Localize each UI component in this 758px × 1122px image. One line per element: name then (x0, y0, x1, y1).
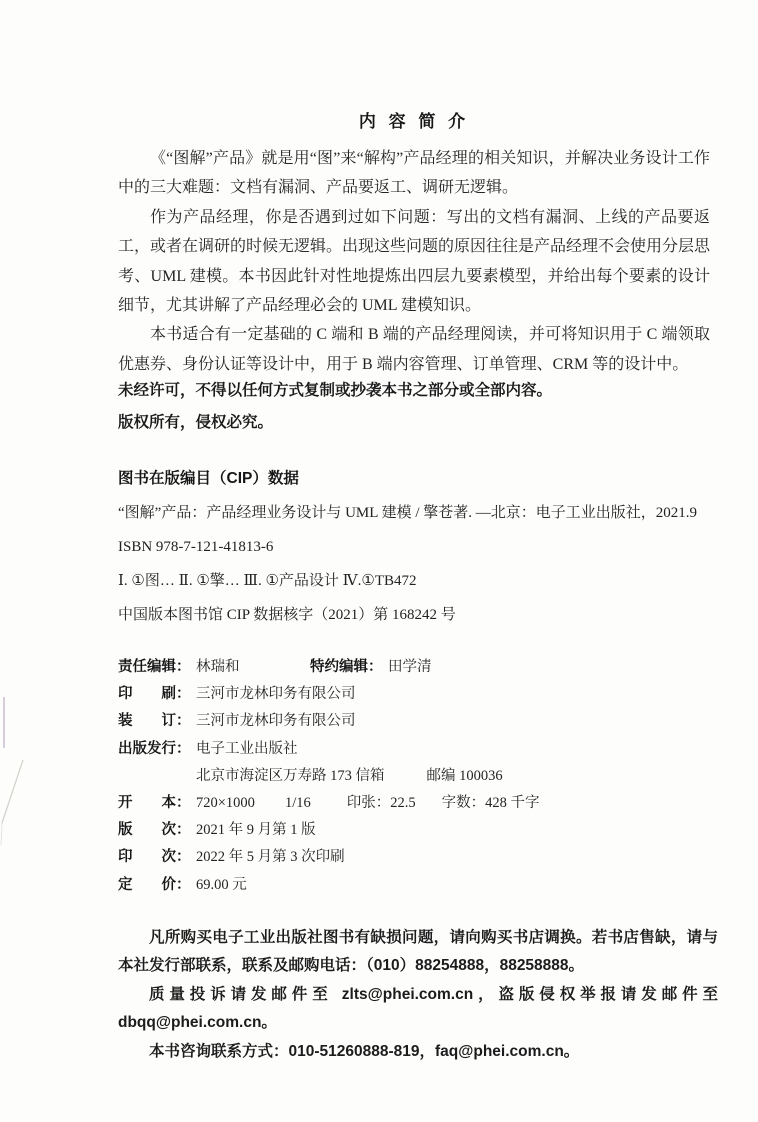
colophon-row-editors: 责任编辑：林瑞和特约编辑：田学清 (118, 654, 710, 681)
colophon-row-publisher: 出版发行：电子工业出版社 (118, 736, 710, 763)
cip-section: 图书在版编目（CIP）数据 “图解”产品：产品经理业务设计与 UML 建模 / … (118, 462, 728, 632)
value-special-editor: 田学清 (388, 659, 432, 675)
notice-line-1: 未经许可，不得以任何方式复制或抄袭本书之部分或全部内容。 (118, 375, 710, 407)
editor-pair: 责任编辑：林瑞和 (118, 654, 310, 681)
cip-classification-line: Ⅰ. ①图… Ⅱ. ①擎… Ⅲ. ①产品设计 Ⅳ.①TB472 (118, 564, 728, 598)
label-printing: 印 刷： (118, 681, 196, 708)
value-responsible-editor: 林瑞和 (196, 659, 240, 675)
colophon-section: 责任编辑：林瑞和特约编辑：田学清 印 刷：三河市龙林印务有限公司 装 订：三河市… (118, 654, 710, 899)
intro-title: 内 容 简 介 (118, 107, 710, 132)
value-address: 北京市海淀区万寿路 173 信箱 (196, 768, 385, 784)
colophon-row-address: 北京市海淀区万寿路 173 信箱邮编 100036 (118, 763, 710, 790)
label-publisher: 出版发行： (118, 736, 196, 763)
label-binding: 装 订： (118, 708, 196, 735)
intro-paragraph-3: 本书适合有一定基础的 C 端和 B 端的产品经理阅读，并可将知识用于 C 端领取… (118, 320, 710, 379)
label-special-editor: 特约编辑： (310, 654, 388, 681)
notice-line-2: 版权所有，侵权必究。 (118, 407, 710, 439)
service-paragraph-exchange: 凡所购买电子工业出版社图书有缺损问题，请向购买书店调换。若书店售缺，请与本社发行… (118, 924, 718, 981)
value-publisher: 电子工业出版社 (196, 741, 298, 757)
cip-isbn-line: ISBN 978-7-121-41813-6 (118, 530, 728, 564)
value-printing: 三河市龙林印务有限公司 (196, 686, 356, 702)
value-word-count: 字数：428 千字 (442, 795, 540, 811)
intro-paragraph-2: 作为产品经理，你是否遇到过如下问题：写出的文档有漏洞、上线的产品要返工，或者在调… (118, 203, 710, 321)
service-paragraph-complaints: 质量投诉请发邮件至 zlts@phei.com.cn，盗版侵权举报请发邮件至 d… (118, 981, 718, 1038)
service-paragraph-contact: 本书咨询联系方式：010-51260888-819，faq@phei.com.c… (118, 1038, 718, 1066)
value-impression: 2022 年 5 月第 3 次印刷 (196, 849, 345, 865)
colophon-row-impression: 印 次：2022 年 5 月第 3 次印刷 (118, 844, 710, 871)
cip-title-line: “图解”产品：产品经理业务设计与 UML 建模 / 擎苍著. —北京：电子工业出… (118, 496, 728, 530)
cip-record-line: 中国版本图书馆 CIP 数据核字（2021）第 168242 号 (118, 598, 728, 632)
colophon-row-binding: 装 订：三河市龙林印务有限公司 (118, 708, 710, 735)
colophon-row-price: 定 价：69.00 元 (118, 872, 710, 899)
colophon-row-edition: 版 次：2021 年 9 月第 1 版 (118, 817, 710, 844)
label-edition: 版 次： (118, 817, 196, 844)
book-copyright-page: 内 容 简 介 《“图解”产品》就是用“图”来“解构”产品经理的相关知识，并解决… (0, 0, 758, 1122)
intro-paragraph-1: 《“图解”产品》就是用“图”来“解构”产品经理的相关知识，并解决业务设计工作中的… (118, 144, 710, 203)
label-impression: 印 次： (118, 844, 196, 871)
label-price: 定 价： (118, 872, 196, 899)
value-edition: 2021 年 9 月第 1 版 (196, 822, 316, 838)
value-price: 69.00 元 (196, 877, 247, 893)
colophon-row-printing: 印 刷：三河市龙林印务有限公司 (118, 681, 710, 708)
service-info-section: 凡所购买电子工业出版社图书有缺损问题，请向购买书店调换。若书店售缺，请与本社发行… (118, 924, 718, 1066)
value-print-sheets: 印张：22.5 (347, 795, 416, 811)
intro-section: 内 容 简 介 《“图解”产品》就是用“图”来“解构”产品经理的相关知识，并解决… (118, 107, 710, 379)
cip-heading: 图书在版编目（CIP）数据 (118, 462, 728, 496)
copyright-notice: 未经许可，不得以任何方式复制或抄袭本书之部分或全部内容。 版权所有，侵权必究。 (118, 375, 710, 439)
value-postcode: 邮编 100036 (427, 768, 503, 784)
value-format-folio: 1/16 (285, 795, 311, 811)
value-format-size: 720×1000 (196, 795, 255, 811)
colophon-row-format: 开 本：720×10001/16印张：22.5字数：428 千字 (118, 790, 710, 817)
label-responsible-editor: 责任编辑： (118, 654, 196, 681)
value-binding: 三河市龙林印务有限公司 (196, 713, 356, 729)
label-format: 开 本： (118, 790, 196, 817)
